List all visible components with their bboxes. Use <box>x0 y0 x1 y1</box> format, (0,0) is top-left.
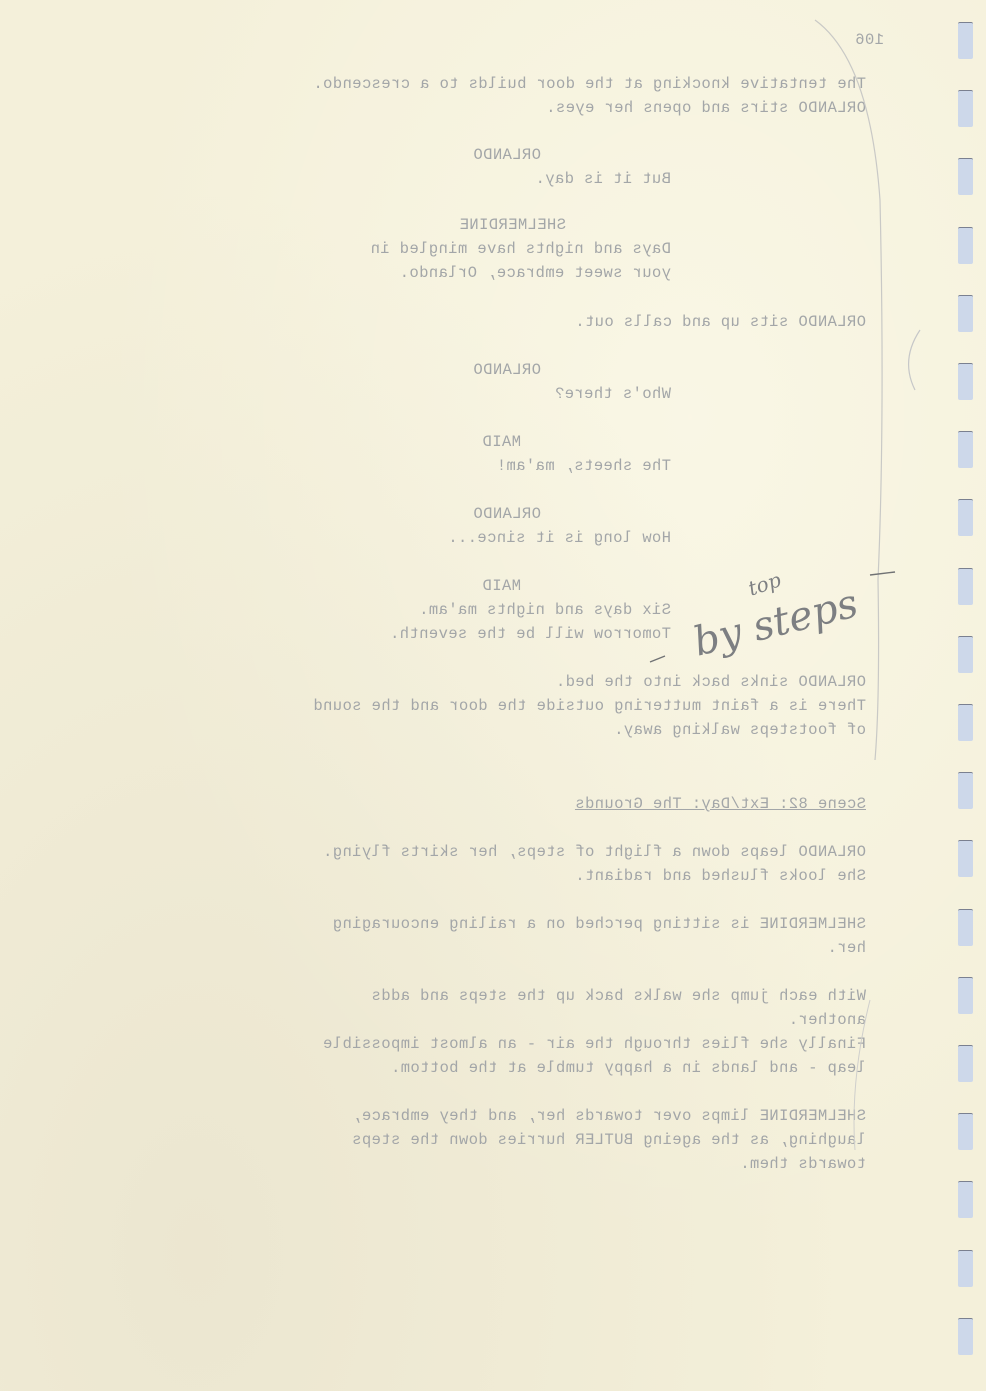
binding-hole <box>958 977 973 1014</box>
binding-hole <box>958 431 973 468</box>
binding-hole <box>958 90 973 127</box>
binding-hole <box>958 363 973 400</box>
binding-hole <box>958 1250 973 1287</box>
binding-hole <box>958 1113 973 1150</box>
binding-hole <box>958 636 973 673</box>
binding-hole <box>958 909 973 946</box>
binding-hole <box>958 499 973 536</box>
script-page: 106 The tentative knocking at the door b… <box>0 0 986 1391</box>
binding-hole <box>958 22 973 59</box>
binding-hole <box>958 1181 973 1218</box>
binding-hole <box>958 1045 973 1082</box>
binding-hole <box>958 704 973 741</box>
binding-hole <box>958 1318 973 1355</box>
binding-hole <box>958 840 973 877</box>
binding-hole <box>958 772 973 809</box>
binding-hole <box>958 227 973 264</box>
pencil-margin-marks <box>0 0 986 1391</box>
binding-hole <box>958 158 973 195</box>
binding-hole <box>958 568 973 605</box>
binding-hole <box>958 295 973 332</box>
